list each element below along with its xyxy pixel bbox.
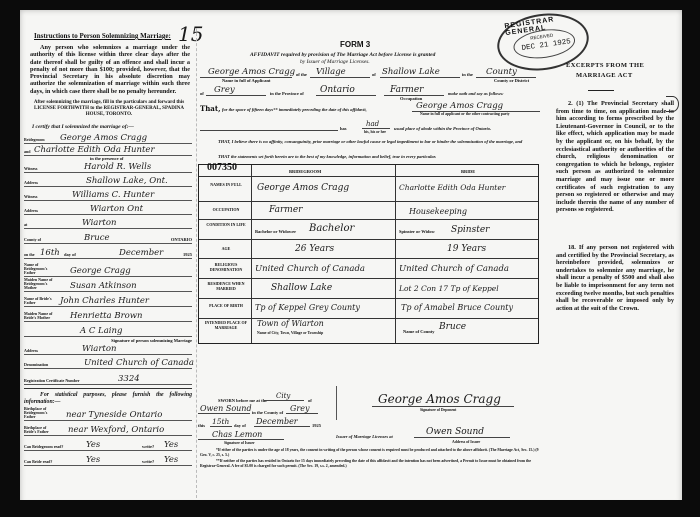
cert-row-groom-mother: Maiden Name of Bridegroom's MotherSusan … <box>24 279 192 292</box>
cert-row-at: atWiarton <box>24 216 192 229</box>
row-label-birthplace: PLACE OF BIRTH <box>201 304 251 309</box>
table-divider <box>395 165 396 343</box>
of-label-2: of <box>200 91 204 96</box>
scan-border-right <box>682 0 700 517</box>
that-name-caption: Name in full of applicant or the other c… <box>420 112 510 117</box>
province-label: in the Province of <box>270 91 304 96</box>
bride-age: 19 Years <box>447 244 486 254</box>
footnote-1: *If either of the parties is under the a… <box>200 448 540 457</box>
cert-row-groom-father: Name of Bridegroom's FatherGeorge Cragg <box>24 264 192 277</box>
sworn-year: 1925 <box>312 423 321 428</box>
table-rule <box>199 239 538 240</box>
place-type-field: Village <box>310 66 370 78</box>
cert-row-registration-number: Registration Certificate Number3324 <box>24 372 192 385</box>
has-field: had <box>362 118 390 129</box>
sworn-city: Owen Sound <box>198 402 250 414</box>
excerpts-title-1: EXCERPTS FROM THE <box>566 62 644 69</box>
occupation-field: Farmer <box>384 84 444 96</box>
issuer-address-caption: Address of Issuer <box>452 440 480 445</box>
province-field: Ontario <box>316 84 376 96</box>
scan-border-left <box>0 0 20 517</box>
sworn-county: Grey <box>286 402 318 414</box>
his-her-caption: his, his or her <box>364 130 386 135</box>
bride-name: Charlotte Edith Oda Hunter <box>399 183 505 192</box>
footnote-2: **If neither of the parties has resided … <box>200 459 540 468</box>
table-divider <box>251 165 252 343</box>
affidavit-subtitle-2: by Issuer of Marriage Licenses. <box>300 59 370 66</box>
cert-row-officiant-signature: A C Laing <box>24 324 192 337</box>
table-rule <box>199 298 538 299</box>
issuer-address: Owen Sound <box>414 426 510 438</box>
stat-row-groom-literacy: Can Bridegroom read?Yeswrite?Yes <box>24 438 192 451</box>
groom-condition-prefix: Bachelor or Widower <box>255 229 296 234</box>
county-field: Grey <box>206 84 266 96</box>
groom-name: George Amos Cragg <box>257 183 349 193</box>
table-rule <box>199 258 538 259</box>
county-caption: County or District <box>494 78 529 83</box>
row-label-residence: RESIDENCE WHEN MARRIED <box>201 282 251 291</box>
bride-condition: Spinster <box>451 225 489 235</box>
statements-true: THAT the statements set forth herein are… <box>218 154 540 159</box>
cert-row-date: on the16thday ofDecember1925 <box>24 246 192 259</box>
col-header-bride: BRIDE <box>461 169 475 174</box>
intended-county: Bruce <box>439 322 466 332</box>
cert-row-bride-father: Name of Bride's FatherJohn Charles Hunte… <box>24 294 192 307</box>
cert-row-address-2: AddressWiarton Ont <box>24 202 192 215</box>
issuer-signature: Chas Lemon <box>198 428 284 440</box>
table-rule <box>199 219 538 220</box>
place-field: Shallow Lake <box>380 66 460 78</box>
blank-line <box>200 124 338 131</box>
bride-religion: United Church of Canada <box>399 264 509 274</box>
bride-residence: Lot 2 Con 17 Tp of Keppel <box>399 284 499 293</box>
intended-place-caption: Name of City, Town, Village or Township <box>257 331 323 336</box>
instructions-after-note: After solemnizing the marriage, fill in … <box>26 100 192 118</box>
sworn-day: 15th <box>210 415 232 427</box>
applicant-name-field: George Amos Cragg <box>200 66 292 78</box>
stat-row-bride-father-birthplace: Birthplace of Bride's Fathernear Wexford… <box>24 423 192 436</box>
bride-occupation: Housekeeping <box>409 207 467 216</box>
groom-occupation: Farmer <box>269 205 302 215</box>
row-label-religion: RELIGIOUS DENOMINATION <box>201 263 251 272</box>
table-rule <box>199 318 538 319</box>
sworn-place-type: City <box>264 390 304 401</box>
excerpts-rule <box>588 90 614 91</box>
punch-hole-mark <box>666 96 679 112</box>
stat-row-groom-father-birthplace: Birthplace of Bridegroom's Fathernear Ty… <box>24 408 192 421</box>
that-name-field: George Amos Cragg <box>412 100 540 112</box>
row-label-intended-place: INTENDED PLACE OF MARRIAGE <box>201 321 251 330</box>
applicant-signature: George Amos Cragg <box>372 390 514 407</box>
affidavit-subtitle-1: AFFIDAVIT required by provision of The M… <box>250 52 435 59</box>
applicant-name-caption: Name in full of Applicant <box>222 78 271 83</box>
row-label-names: NAMES IN FULL <box>201 183 251 188</box>
cert-row-bride-mother: Maiden Name of Bride's MotherHenrietta B… <box>24 309 192 322</box>
cert-row-bride: andCharlotte Edith Oda Hunter <box>24 143 192 156</box>
instructions-paragraph: Any person who solemnizes a marriage und… <box>30 44 190 95</box>
form-title: FORM 3 <box>340 40 370 49</box>
groom-condition: Bachelor <box>309 223 354 234</box>
cert-row-officiant-address: AddressWiarton <box>24 342 192 355</box>
table-rule <box>199 176 538 177</box>
oath-text: make oath and say as follows: <box>448 91 504 96</box>
groom-residence: Shallow Lake <box>271 283 332 293</box>
in-the-label: in the <box>462 72 473 77</box>
particulars-table: 007350 BRIDEGROOM BRIDE NAMES IN FULL Ge… <box>198 164 539 344</box>
cert-row-denomination: DenominationUnited Church of Canada <box>24 356 192 369</box>
cert-row-witness-2: WitnessWilliams C. Hunter <box>24 188 192 201</box>
groom-intended-place: Town of Wiarton <box>257 319 324 328</box>
excerpt-section-2: 2. (1) The Provincial Secretary shall fr… <box>556 100 674 214</box>
that-text: for the space of fifteen days** immediat… <box>222 107 367 112</box>
that-label: That, <box>200 104 221 113</box>
col-header-bridegroom: BRIDEGROOM <box>289 169 321 174</box>
table-rule <box>199 201 538 202</box>
groom-birthplace: Tp of Keppel Grey County <box>255 303 360 312</box>
of-the-label: of the <box>296 72 307 77</box>
has-label: has <box>340 126 347 131</box>
excerpts-title-2: MARRIAGE ACT <box>576 72 633 79</box>
bride-condition-prefix: Spinster or Widow <box>399 229 435 234</box>
cert-row-address-1: AddressShallow Lake, Ont. <box>24 174 192 187</box>
serial-number: 007350 <box>207 162 237 173</box>
county-name-prefix: Name of County <box>403 329 435 334</box>
table-rule <box>199 278 538 279</box>
bride-birthplace: Tp of Amabel Bruce County <box>401 303 513 312</box>
cert-row-county: County ofBruceONTARIO <box>24 231 192 244</box>
issuer-role: Issuer of Marriage Licenses at <box>336 434 393 439</box>
scan-border-bottom <box>0 500 700 517</box>
stat-row-bride-literacy: Can Bride read?Yeswrite?Yes <box>24 453 192 466</box>
row-label-occupation: OCCUPATION <box>201 208 251 213</box>
groom-age: 26 Years <box>295 244 334 254</box>
of-label: of <box>372 72 376 77</box>
signature-divider <box>336 386 337 420</box>
sworn-month: December <box>254 415 310 427</box>
row-label-condition: CONDITION IN LIFE <box>201 223 251 228</box>
abode-text: usual place of abode within the Province… <box>394 126 491 131</box>
certify-statement: I certify that I solemnized the marriage… <box>32 124 134 131</box>
instructions-title: Instructions to Person Solemnizing Marri… <box>34 32 184 40</box>
affinity-statement: THAT, I believe there is no affinity, co… <box>200 139 540 144</box>
cert-row-witness-1: WitnessHarold R. Wells <box>24 160 192 173</box>
statistical-note: For statistical purposes, please furnish… <box>24 392 192 407</box>
groom-religion: United Church of Canada <box>255 264 365 274</box>
row-label-age: AGE <box>201 247 251 252</box>
applicant-signature-caption: Signature of Deponent <box>420 408 456 413</box>
excerpt-section-18: 18. If any person not registered with an… <box>556 244 674 312</box>
divider <box>24 388 192 389</box>
column-divider <box>196 28 197 498</box>
issuer-signature-caption: Signature of Issuer <box>224 441 255 446</box>
